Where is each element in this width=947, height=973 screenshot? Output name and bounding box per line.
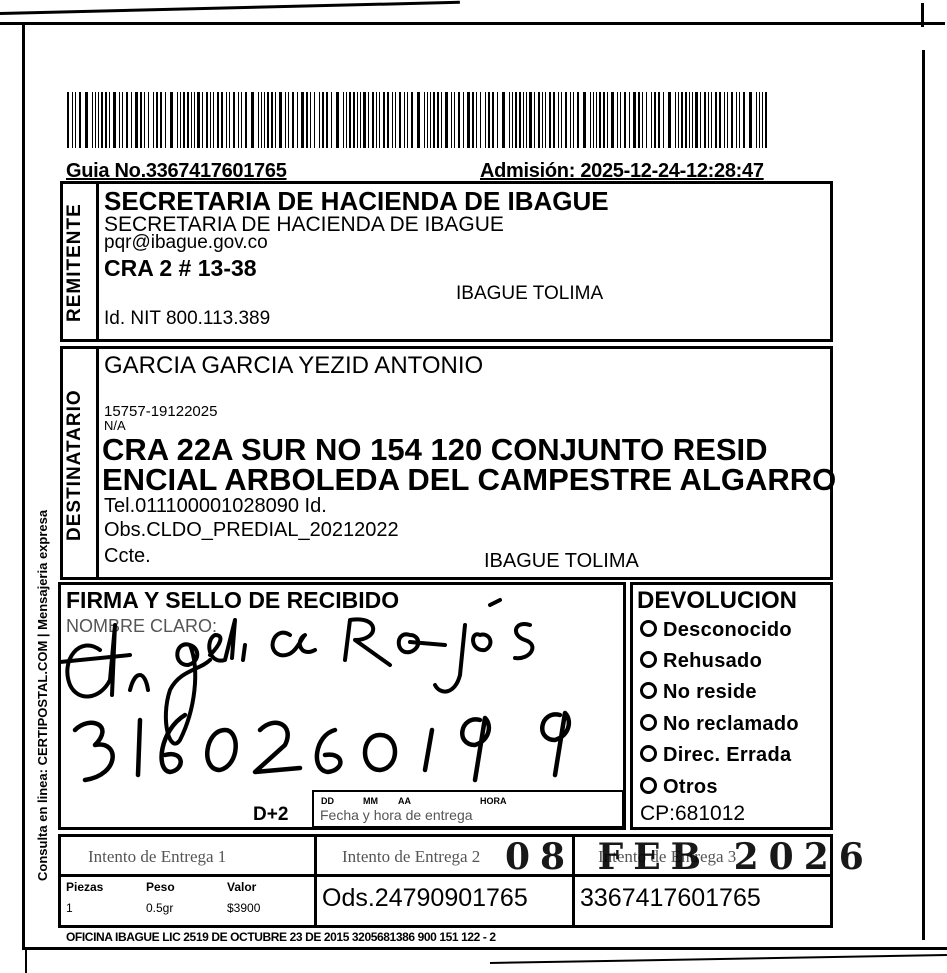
paper-edge-right-top	[921, 3, 924, 27]
destinatario-na: N/A	[104, 419, 126, 432]
paper-edge-left-bottom	[25, 947, 27, 973]
destinatario-address-line2: ENCIAL ARBOLEDA DEL CAMPESTRE ALGARRO	[102, 464, 857, 495]
destinatario-ref: 15757-19122025	[104, 404, 217, 419]
paper-fold-bottom	[490, 954, 947, 964]
paper-edge-left	[22, 24, 25, 949]
remitente-email: pqr@ibague.gov.co	[104, 233, 268, 252]
handwritten-signature	[60, 590, 620, 790]
remitente-label: REMITENTE	[64, 190, 94, 335]
paper-edge-top	[0, 22, 945, 25]
footer-office-info: OFICINA IBAGUE LIC 2519 DE OCTUBRE 23 DE…	[66, 931, 496, 943]
intento-entrega-2[interactable]: Intento de Entrega 2	[342, 848, 480, 865]
fecha-entrega-label: Fecha y hora de entrega	[320, 808, 473, 822]
fecha-header-aa: AA	[398, 797, 411, 806]
detail-header-peso: Peso	[146, 881, 175, 893]
remitente-city: IBAGUE TOLIMA	[456, 284, 603, 303]
fecha-header-dd: DD	[321, 797, 334, 806]
radio-icon	[640, 777, 657, 794]
radio-icon	[640, 620, 657, 637]
devolucion-title: DEVOLUCION	[637, 589, 797, 613]
ods-number: Ods.2479090176​5	[322, 886, 528, 911]
destinatario-name: GARCIA GARCIA YEZID ANTONIO	[104, 354, 483, 378]
destinatario-label: DESTINATARIO	[64, 360, 94, 570]
paper-edge-bottom	[22, 947, 947, 950]
service-level: D+2	[253, 805, 288, 824]
barcode	[67, 92, 775, 148]
destinatario-city: IBAGUE TOLIMA	[484, 551, 639, 571]
paper-edge-right	[922, 50, 925, 940]
remitente-address: CRA 2 # 13-38	[104, 257, 257, 280]
radio-icon	[640, 651, 657, 668]
detail-value-peso: 0.5gr	[146, 902, 173, 914]
destinatario-tel: Tel.011100001028090 Id.	[104, 496, 327, 516]
paper-fold-top	[0, 1, 460, 15]
radio-icon	[640, 745, 657, 762]
destinatario-address-line1: CRA 22A SUR NO 154 120 CONJUNTO RESID	[102, 434, 768, 465]
devolucion-option-direc-errada[interactable]: Direc. Errada	[640, 744, 791, 767]
guia-number: Guia No.3367417601765	[66, 160, 287, 183]
delivery-date-stamp: 08 FEB 2026	[505, 836, 874, 878]
radio-icon	[640, 682, 657, 699]
destinatario-divider	[96, 346, 99, 580]
fecha-header-mm: MM	[363, 797, 378, 806]
detail-header-piezas: Piezas	[66, 881, 103, 893]
radio-icon	[640, 714, 657, 731]
fecha-header-hora: HORA	[480, 797, 507, 806]
guia-number-repeat: 3367417601765	[580, 886, 761, 911]
remitente-divider	[96, 181, 99, 342]
detail-value-piezas: 1	[66, 902, 73, 914]
remitente-name-bold: SECRETARIA DE HACIENDA DE IBAGUE	[104, 188, 609, 214]
detail-value-valor: $3900	[227, 902, 260, 914]
devolucion-option-otros[interactable]: Otros	[640, 776, 718, 799]
intento-entrega-1[interactable]: Intento de Entrega 1	[88, 848, 226, 865]
devolucion-option-rehusado[interactable]: Rehusado	[640, 650, 762, 673]
devolucion-option-no-reclamado[interactable]: No reclamado	[640, 713, 799, 736]
destinatario-ccte: Ccte.	[104, 546, 151, 566]
remitente-id: Id. NIT 800.113.389	[104, 309, 270, 328]
destinatario-obs: Obs.CLDO_PREDIAL_20212022	[104, 520, 399, 540]
detail-header-valor: Valor	[227, 881, 256, 893]
devolucion-option-desconocido[interactable]: Desconocido	[640, 619, 792, 642]
admission-date: Admisión: 2025-12-24-12:28:47	[480, 160, 764, 183]
delivery-table-col-divider-1	[314, 834, 317, 928]
side-consulta-text: Consulta en linea: CERTIPOSTAL.COM | Men…	[36, 478, 49, 913]
postal-code: CP:681012	[640, 803, 745, 824]
devolucion-option-no-reside[interactable]: No reside	[640, 681, 757, 704]
